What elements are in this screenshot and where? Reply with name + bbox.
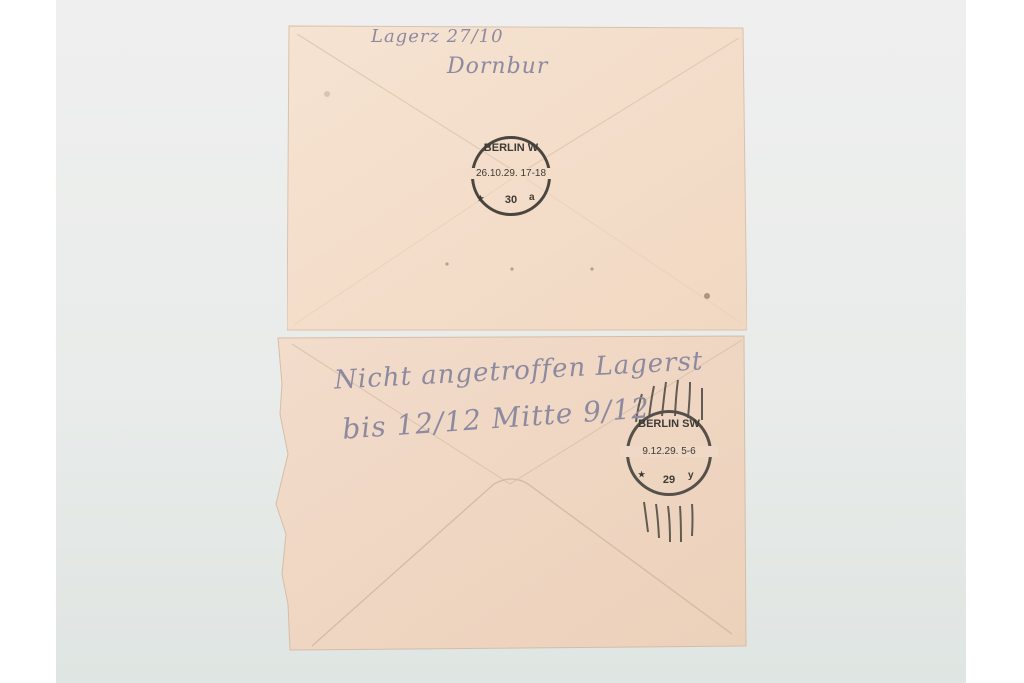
photo-background: Lagerz 27/10 Dornbur BERLIN W 26.10.29. … [56,0,966,683]
envelope-top: Lagerz 27/10 Dornbur BERLIN W 26.10.29. … [287,24,747,332]
postmark-berlin-sw: BERLIN SW 9.12.29. 5-6 ★ 29 y [626,410,712,496]
handwriting-top-line1: Lagerz 27/10 [371,26,504,47]
envelope-bottom: Nicht angetroffen Lagerst bis 12/12 Mitt… [272,334,748,652]
postmark-berlin-w: BERLIN W 26.10.29. 17-18 ★ 30 a [471,136,551,216]
handwriting-top-line2: Dornbur [447,54,548,79]
